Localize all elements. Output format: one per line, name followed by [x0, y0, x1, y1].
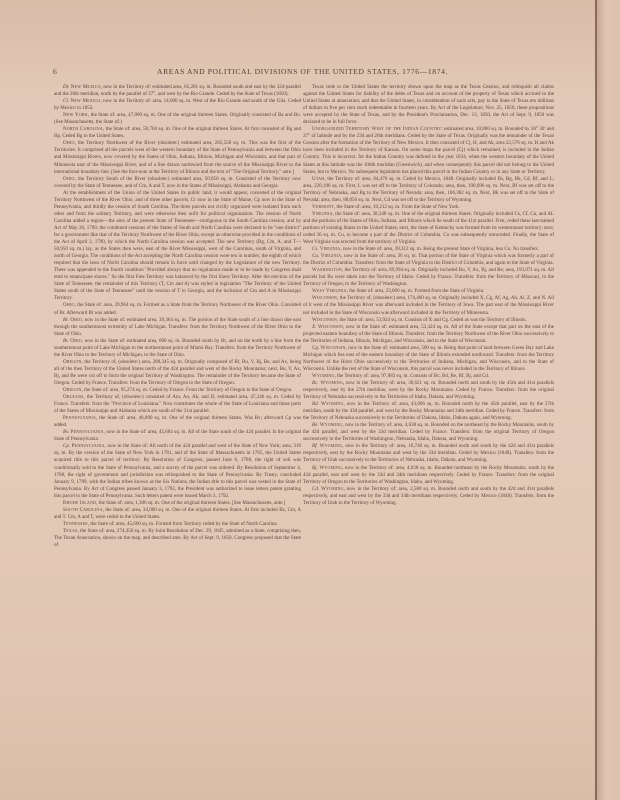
entry-heading: Wyoming — [312, 373, 335, 379]
entry-paragraph: Tennessee, the State of: area, 45,600 sq… — [54, 521, 301, 528]
parcel-label: Dr. — [63, 84, 71, 90]
entry-text: , now in the State of: estimated area, 3… — [54, 317, 301, 337]
entry-paragraph: Utah, the Territory of: area, 84,476 sq.… — [303, 176, 554, 204]
entry-paragraph: Bd. Wyoming, now in the Territory of: ar… — [303, 401, 554, 422]
entry-paragraph: Wisconsin, the State of: area, 53,924 sq… — [303, 317, 554, 324]
parcel-label: Bf. — [312, 443, 320, 449]
entry-paragraph: Pennsylvania, the State of: area, 46,000… — [54, 415, 301, 429]
entry-paragraph: North Carolina, the State of: area, 50,7… — [54, 126, 301, 140]
entry-heading: Utah — [312, 176, 324, 182]
entry-paragraph: Br. Ohio, now in the State of: estimated… — [54, 317, 301, 338]
running-title: AREAS AND POLITICAL DIVISIONS OF THE UNI… — [157, 67, 448, 76]
adjacent-page-edge — [597, 0, 620, 800]
entry-heading: Ohio — [63, 302, 75, 308]
entry-paragraph: Bf. Wyoming, now in the Territory of: ar… — [303, 443, 554, 464]
entry-paragraph: Bj. Wyoming, now in the Territory of: ar… — [303, 465, 554, 486]
entry-paragraph: Bt. Ohio, now in the State of: estimated… — [54, 338, 301, 359]
entry-text: , the Territory of, (obsolete:) consiste… — [54, 394, 301, 414]
entry-text: , the Territory of: area, 84,476 sq. m. … — [303, 176, 554, 203]
entry-text: , the State of: area, 45,600 sq. m. Form… — [88, 521, 278, 527]
entry-heading: Ohio — [70, 317, 82, 323]
parcel-label: Cg. — [312, 345, 321, 351]
entry-heading: Orleans — [63, 394, 84, 400]
entry-paragraph: Wisconsin, the Territory of, (obsolete:)… — [303, 295, 554, 316]
parcel-label: Be. — [312, 422, 320, 428]
entry-paragraph: Cp. Pennsylvania, now in the State of: A… — [54, 443, 301, 499]
entry-paragraph: Rhode Island, the State of: area, 1,306 … — [54, 500, 301, 507]
entry-paragraph: Oregon, the Territory of, (obsolete:) ar… — [54, 359, 301, 387]
entry-heading: Wyoming — [321, 486, 344, 492]
entry-heading: New Mexico — [71, 84, 101, 90]
entry-text: , the State of: area, 39,964 sq. m. Form… — [54, 302, 301, 315]
entry-heading: Wyoming — [321, 401, 344, 407]
entry-heading: Wisconsin — [321, 345, 346, 351]
entry-text: , the Territory of, (obsolete:) area, 28… — [54, 359, 301, 386]
entry-heading: Virginia — [312, 211, 333, 217]
entry-paragraph: Be. Wyoming, now in the Territory of: ar… — [303, 422, 554, 443]
entry-heading: West Virginia — [312, 288, 347, 294]
entry-paragraph: Orleans, the Territory of, (obsolete:) c… — [54, 394, 301, 415]
entry-text: , the State of: area, 1,306 sq. m. One o… — [96, 500, 285, 506]
entry-paragraph: Oregon, the State of: area, 95,274 sq. m… — [54, 387, 301, 394]
entry-text: , the State of: area, 53,924 sq. m. Cons… — [337, 317, 527, 323]
entry-heading: Ohio — [63, 176, 75, 182]
entry-heading: Pennsylvania — [72, 443, 105, 449]
entry-paragraph: Cg. Wisconsin, now in the State of: esti… — [303, 345, 554, 373]
entry-paragraph: Ohio, the Territory South of the River (… — [54, 176, 301, 190]
entry-paragraph: Cd. Wyoming, now in the Territory of: ar… — [303, 486, 554, 507]
entry-text: , the State of: area, 10,212 sq. m. From… — [334, 204, 460, 210]
entry-paragraph: Wyoming, the Territory of: area, 97,883 … — [303, 373, 554, 380]
entry-paragraph: Virginia, the State of: area, 38,348 sq.… — [303, 211, 554, 246]
entry-text: , the State of: area, 274,356 sq. m. By … — [54, 528, 301, 548]
page-header: 6 AREAS AND POLITICAL DIVISIONS OF THE U… — [45, 67, 575, 79]
entry-heading: Wyoming — [320, 422, 343, 428]
entry-heading: Wyoming — [319, 465, 342, 471]
left-column: Dr. New Mexico, now in the Territory of:… — [54, 84, 301, 549]
entry-heading: Oregon — [63, 359, 82, 365]
page-number: 6 — [53, 67, 57, 76]
entry-heading: Rhode Island — [63, 500, 96, 506]
entry-heading: Oregon — [63, 387, 82, 393]
entry-heading: Pennsylvania — [71, 429, 104, 435]
parcel-label: Bv. — [63, 429, 71, 435]
entry-heading: Texas — [63, 528, 78, 534]
entry-text: , now in the State of: All north of the … — [54, 443, 301, 498]
entry-text: , the State of: area, 38,348 sq. m. One … — [303, 211, 554, 245]
entry-text: , the State of: area, 95,274 sq. m. Cede… — [82, 387, 293, 393]
entry-text: : estimated area, 10,800 sq. m. Bounded … — [303, 126, 554, 174]
entry-heading: New York — [63, 112, 88, 118]
entry-text: , now in the State of: estimated area, 6… — [54, 338, 301, 358]
entry-paragraph: Cl. New Mexico, now in the Territory of:… — [54, 98, 301, 112]
entry-paragraph: New York, the State of: area, 47,000 sq.… — [54, 112, 301, 126]
entry-paragraph: Bv. Pennsylvania, now in the State of: a… — [54, 429, 301, 443]
parcel-label: Cd. — [312, 486, 321, 492]
entry-paragraph: Ohio, the State of: area, 39,964 sq. m. … — [54, 302, 301, 316]
entry-heading: Ohio — [70, 338, 82, 344]
entry-paragraph: Texas cede to the United States the terr… — [303, 84, 554, 126]
entry-heading: Wyoming — [320, 443, 343, 449]
entry-paragraph: Ohio, the Territory Northwest of the Riv… — [54, 140, 301, 175]
entry-heading: North Carolina — [63, 126, 103, 132]
entry-text: , now in the State of: area, 38,312 sq. … — [340, 246, 538, 252]
entry-heading: Wisconsin — [312, 317, 337, 323]
parcel-label: Cu. — [312, 253, 321, 259]
entry-text: At the establishment of the Union of the… — [54, 190, 301, 302]
entry-text: , the Territory South of the River (obso… — [54, 176, 301, 189]
entry-text: , the Territory Northwest of the River (… — [54, 140, 301, 174]
entry-heading: New Mexico — [70, 98, 100, 104]
entry-heading: Wyoming — [320, 380, 343, 386]
entry-heading: Virginia — [321, 253, 342, 259]
entry-text: , the Territory of, (obsolete:) area, 17… — [303, 295, 554, 315]
parcel-label: Cp. — [63, 443, 72, 449]
entry-paragraph: Texas, the State of: area, 274,356 sq. m… — [54, 528, 301, 549]
entry-paragraph: Dr. New Mexico, now in the Territory of:… — [54, 84, 301, 98]
entry-paragraph: Cu. Virginia, now in the State of: area,… — [303, 253, 554, 267]
entry-heading: Washington — [312, 267, 342, 273]
entry-heading: Wisconsin — [318, 324, 343, 330]
entry-heading: Pennsylvania — [63, 415, 96, 421]
entry-heading: Unorganized Territory West of the Indian… — [312, 126, 441, 132]
entry-paragraph: Unorganized Territory West of the Indian… — [303, 126, 554, 175]
entry-paragraph: South Carolina, the State of: area, 34,0… — [54, 507, 301, 521]
entry-text: , the Territory of: area, 97,883 sq. m. … — [335, 373, 489, 379]
entry-heading: Ohio — [63, 140, 75, 146]
parcel-label: Cs. — [312, 246, 320, 252]
entry-heading: Vermont — [312, 204, 334, 210]
entry-paragraph: X. Wisconsin, now in the State of: estim… — [303, 324, 554, 345]
entry-heading: Virginia — [320, 246, 341, 252]
parcel-label: Bd. — [312, 401, 321, 407]
entry-heading: South Carolina — [63, 507, 103, 513]
entry-paragraph: Washington, the Territory of: area, 69,9… — [303, 267, 554, 288]
entry-paragraph: Bc. Wyoming, now in the Territory of: ar… — [303, 380, 554, 401]
entry-text: , the State of: area, 47,000 sq. m. One … — [54, 112, 301, 125]
entry-heading: Tennessee — [63, 521, 88, 527]
entry-paragraph: At the establishment of the Union of the… — [54, 190, 301, 303]
entry-text: , the State of: area, 23,000 sq. m. Form… — [347, 288, 485, 294]
entry-paragraph: Vermont, the State of: area, 10,212 sq. … — [303, 204, 554, 211]
entry-text: Texas cede to the United States the terr… — [303, 84, 554, 125]
book-page: 6 AREAS AND POLITICAL DIVISIONS OF THE U… — [0, 0, 596, 800]
right-column: Texas cede to the United States the terr… — [303, 84, 554, 507]
entry-heading: Wisconsin — [312, 295, 337, 301]
entry-text: , now in the State of: area, 36 sq. m. T… — [303, 253, 554, 266]
